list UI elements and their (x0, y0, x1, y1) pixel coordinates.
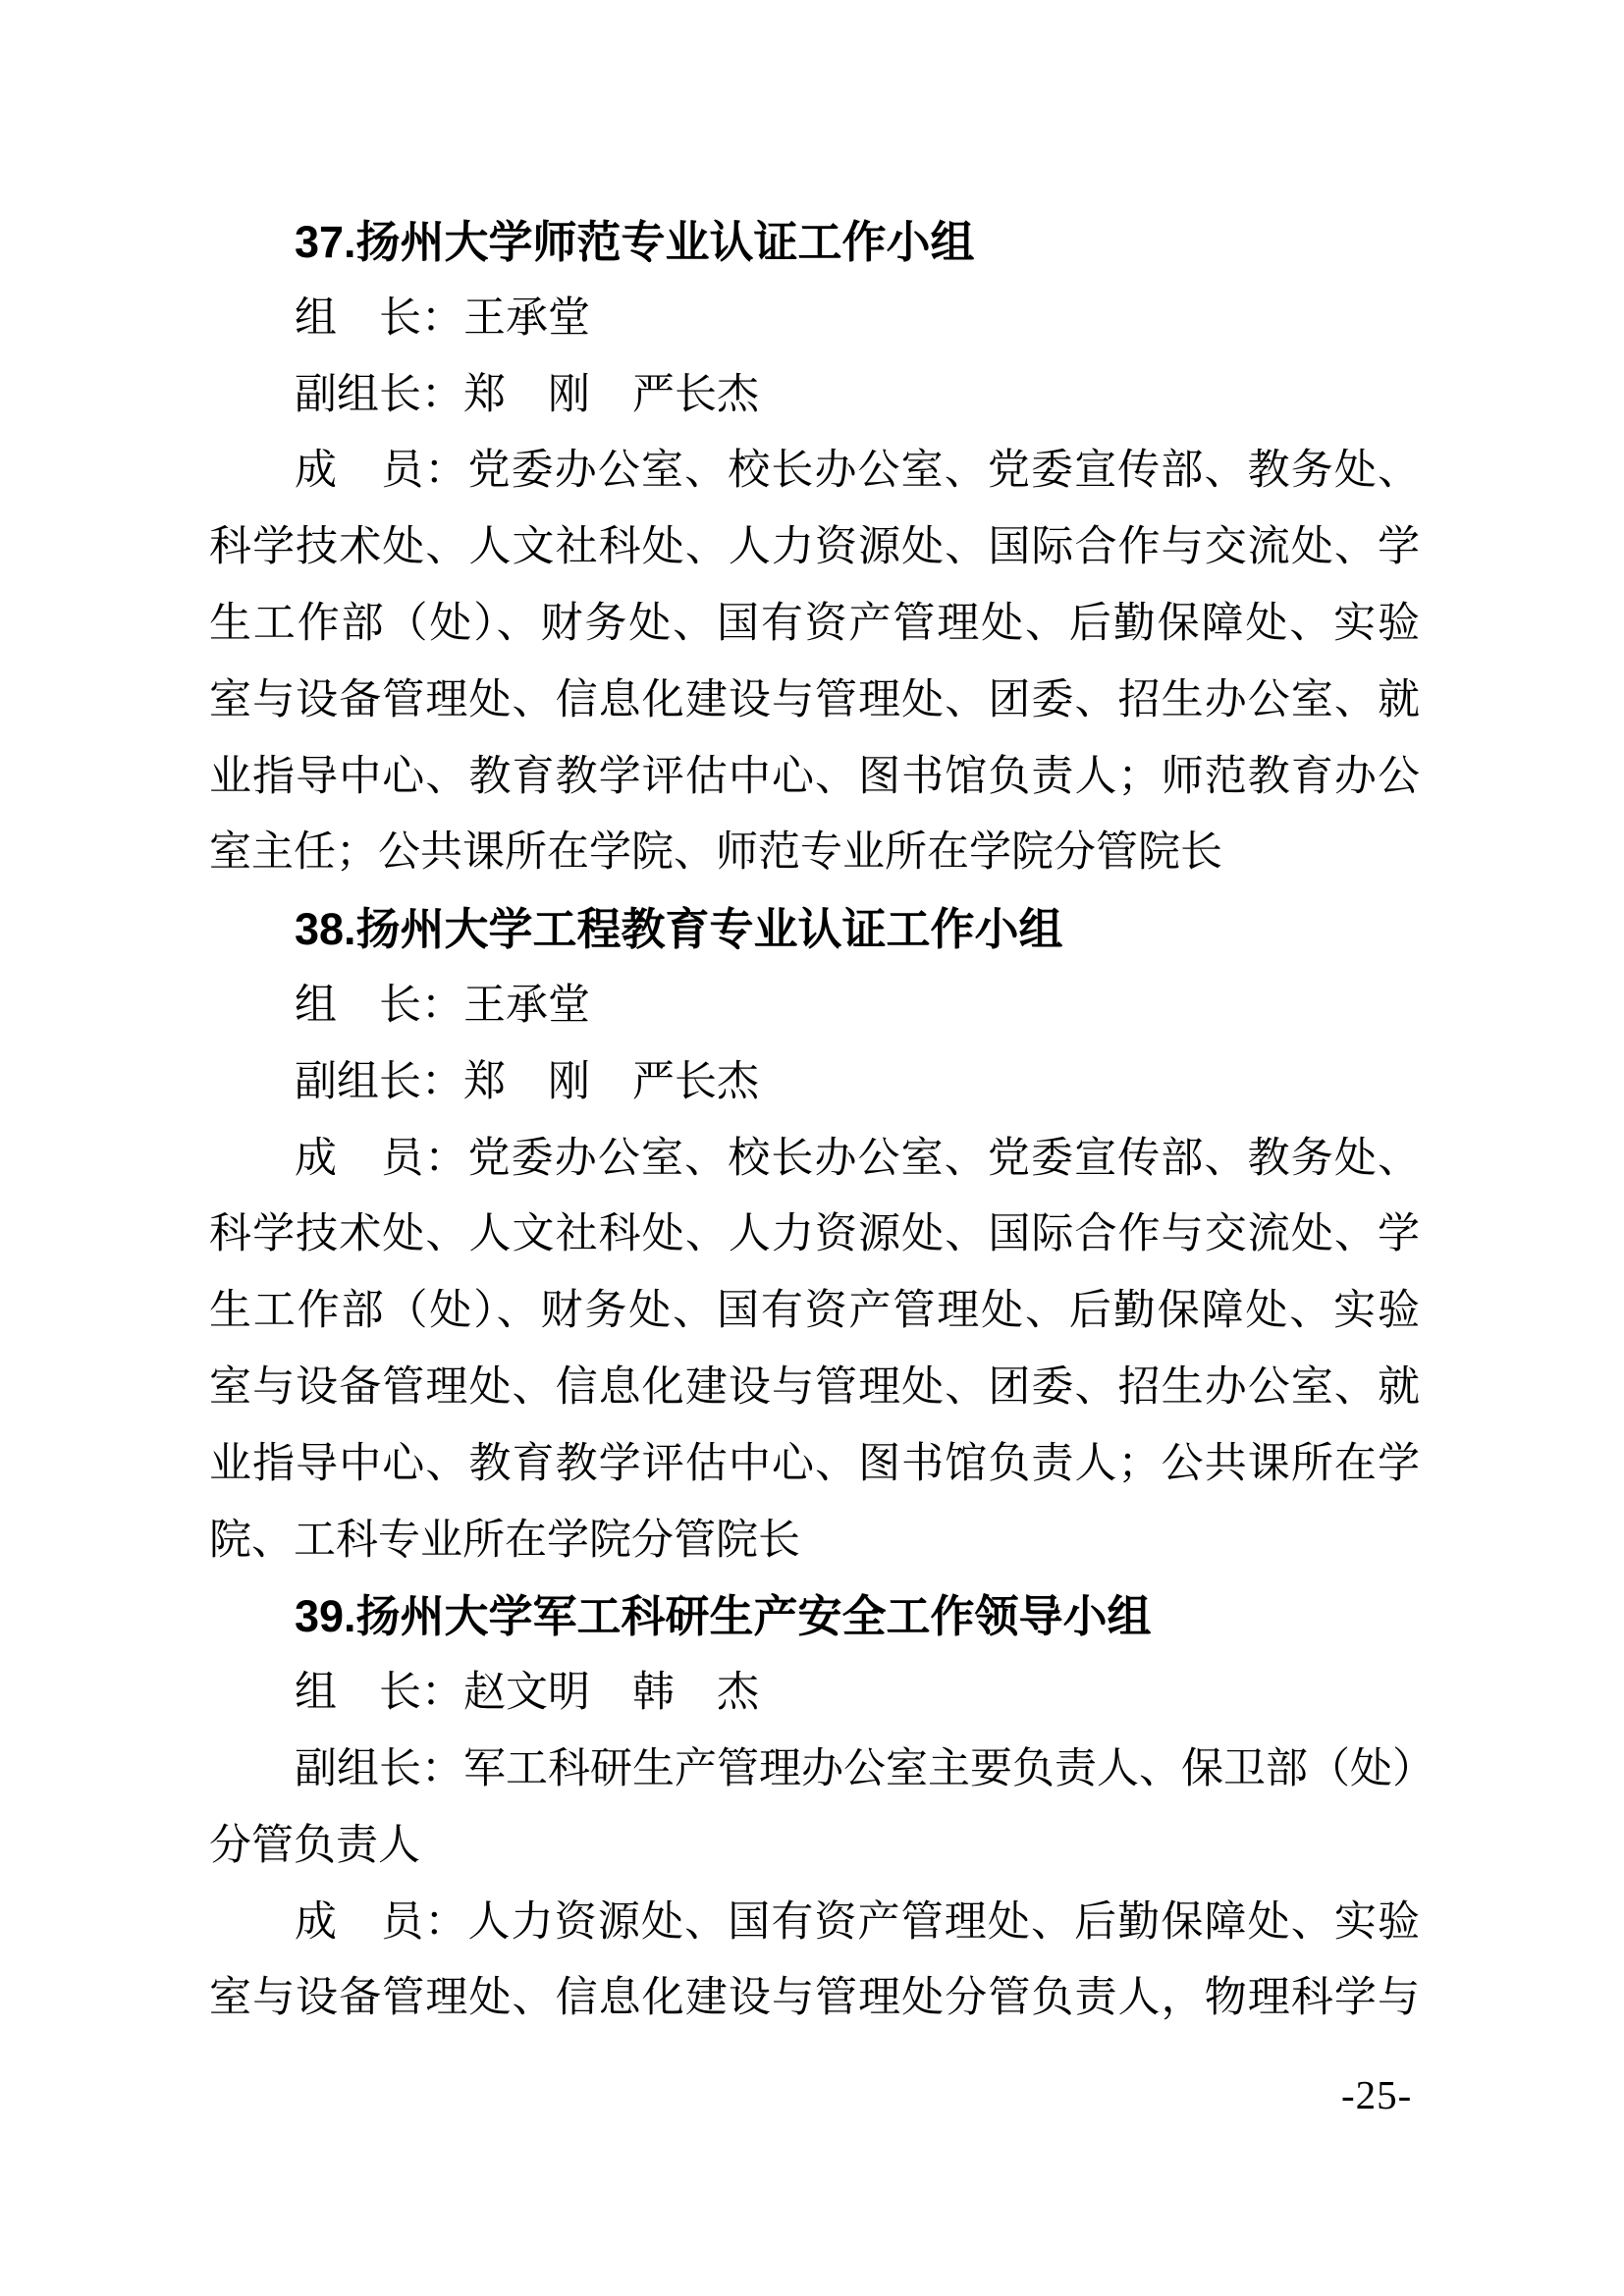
section-37-heading: 37.扬州大学师范专业认证工作小组 (209, 204, 1420, 281)
section-38-deputy-line: 副组长：郑 刚 严长杰 (209, 1044, 1420, 1121)
section-39-members-line-1: 成 员：人力资源处、国有资产管理处、后勤保障处、实验 (209, 1885, 1420, 1961)
section-37-members-line-4: 室与设备管理处、信息化建设与管理处、团委、招生办公室、就 (209, 663, 1420, 739)
section-37-leader-line: 组 长：王承堂 (209, 281, 1420, 357)
section-38-leader-line: 组 长：王承堂 (209, 968, 1420, 1044)
section-39-deputy-line-1: 副组长：军工科研生产管理办公室主要负责人、保卫部（处） (209, 1732, 1420, 1808)
section-38-members-line-5: 业指导中心、教育教学评估中心、图书馆负责人；公共课所在学 (209, 1426, 1420, 1503)
section-37-members-line-1: 成 员：党委办公室、校长办公室、党委宣传部、教务处、 (209, 433, 1420, 509)
section-38-members-line-4: 室与设备管理处、信息化建设与管理处、团委、招生办公室、就 (209, 1350, 1420, 1426)
section-39-deputy-line-2: 分管负责人 (209, 1808, 1420, 1885)
document-page: 37.扬州大学师范专业认证工作小组 组 长：王承堂 副组长：郑 刚 严长杰 成 … (0, 0, 1624, 2296)
section-39-members-line-2: 室与设备管理处、信息化建设与管理处分管负责人，物理科学与 (209, 1960, 1420, 2037)
section-38-members-line-6: 院、工科专业所在学院分管院长 (209, 1503, 1420, 1579)
section-37-deputy-line: 副组长：郑 刚 严长杰 (209, 357, 1420, 434)
page-number: -25- (1341, 2065, 1412, 2124)
section-37-members-line-3: 生工作部（处）、财务处、国有资产管理处、后勤保障处、实验 (209, 586, 1420, 663)
section-38-members-line-2: 科学技术处、人文社科处、人力资源处、国际合作与交流处、学 (209, 1197, 1420, 1273)
section-39-heading: 39.扬州大学军工科研生产安全工作领导小组 (209, 1578, 1420, 1655)
section-38-heading: 38.扬州大学工程教育专业认证工作小组 (209, 891, 1420, 968)
section-37-members-line-2: 科学技术处、人文社科处、人力资源处、国际合作与交流处、学 (209, 509, 1420, 586)
section-38-members-line-1: 成 员：党委办公室、校长办公室、党委宣传部、教务处、 (209, 1121, 1420, 1198)
document-body: 37.扬州大学师范专业认证工作小组 组 长：王承堂 副组长：郑 刚 严长杰 成 … (209, 204, 1420, 2037)
section-37-members-line-6: 室主任；公共课所在学院、师范专业所在学院分管院长 (209, 815, 1420, 891)
section-38-members-line-3: 生工作部（处）、财务处、国有资产管理处、后勤保障处、实验 (209, 1273, 1420, 1350)
section-37-members-line-5: 业指导中心、教育教学评估中心、图书馆负责人；师范教育办公 (209, 739, 1420, 816)
section-39-leader-line: 组 长：赵文明 韩 杰 (209, 1655, 1420, 1732)
